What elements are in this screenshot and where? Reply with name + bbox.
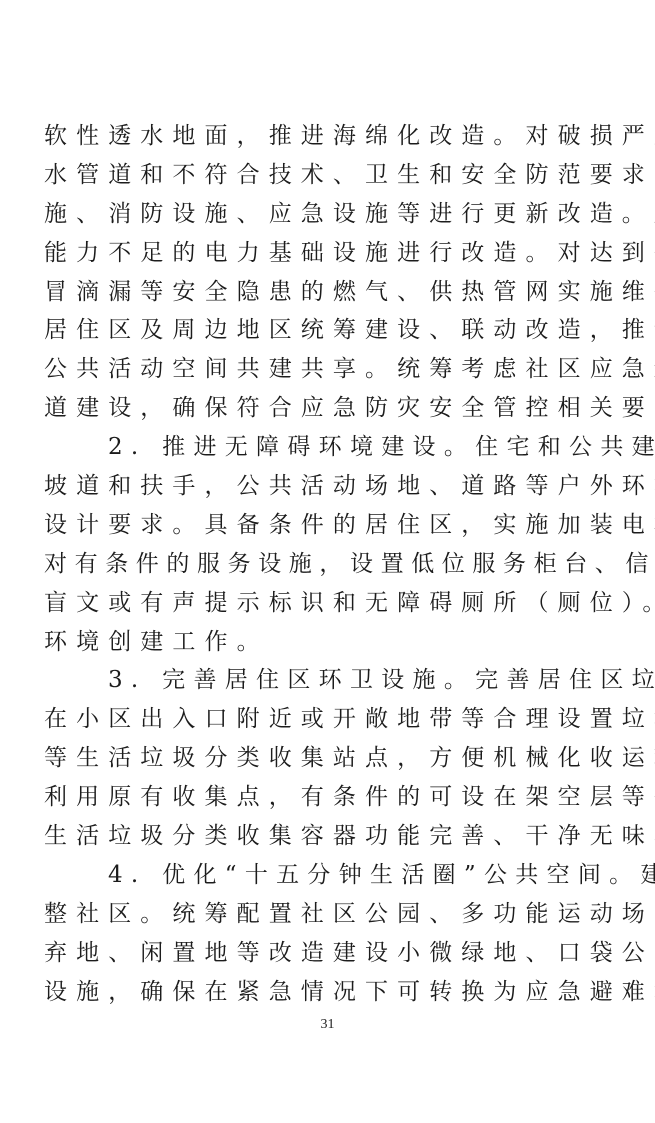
text-line: 公共活动空间共建共享。统筹考虑社区应急避难场所和疏散通 bbox=[44, 350, 614, 389]
section-heading-line: 2. 推进无障碍环境建设。住宅和公共建筑出入口设置轮椅 bbox=[44, 428, 614, 467]
text-line: 整社区。统筹配置社区公园、多功能运动场，结合边角地、废 bbox=[44, 895, 614, 934]
text-line: 对有条件的服务设施，设置低位服务柜台、信息屏幕显示系统、 bbox=[44, 545, 614, 584]
text-line: 冒滴漏等安全隐患的燃气、供热管网实施维修改造。推进相邻 bbox=[44, 273, 614, 312]
text-line: 能力不足的电力基础设施进行改造。对达到使用年限、存在跑 bbox=[44, 234, 614, 273]
document-page: 软性透水地面，推进海绵化改造。对破损严重、材质落后的供 水管道和不符合技术、卫生… bbox=[0, 0, 655, 1123]
text-line: 施、消防设施、应急设施等进行更新改造。对管线混杂、供电 bbox=[44, 195, 614, 234]
text-line: 等生活垃圾分类收集站点，方便机械化收运和作业。优先改造 bbox=[44, 739, 614, 778]
text-line: 设施，确保在紧急情况下可转换为应急避难场所。建设联贯各 bbox=[44, 973, 614, 1012]
section-heading-line: 4. 优化“十五分钟生活圈”公共空间。建设全龄友好的完 bbox=[44, 856, 614, 895]
text-line: 道建设，确保符合应急防灾安全管控相关要求。 bbox=[44, 389, 614, 428]
text-line: 软性透水地面，推进海绵化改造。对破损严重、材质落后的供 bbox=[44, 117, 614, 156]
text-line: 弃地、闲置地等改造建设小微绿地、口袋公园，完善公共游憩 bbox=[44, 934, 614, 973]
text-line: 盲文或有声提示标识和无障碍厕所（厕位）。持续开展无障碍 bbox=[44, 584, 614, 623]
text-line: 水管道和不符合技术、卫生和安全防范要求的加压调蓄供水设 bbox=[44, 156, 614, 195]
text-line: 居住区及周边地区统筹建设、联动改造，推动各类配套设施和 bbox=[44, 311, 614, 350]
text-line: 在小区出入口附近或开敞地带等合理设置垃圾箱房、垃圾桶站 bbox=[44, 700, 614, 739]
text-line: 环境创建工作。 bbox=[44, 623, 614, 662]
text-line: 生活垃圾分类收集容器功能完善、干净无味、标识清晰规范。 bbox=[44, 817, 614, 856]
body-text: 软性透水地面，推进海绵化改造。对破损严重、材质落后的供 水管道和不符合技术、卫生… bbox=[44, 117, 614, 1011]
text-line: 利用原有收集点，有条件的可设在架空层等公共空间内。确保 bbox=[44, 778, 614, 817]
text-line: 坡道和扶手，公共活动场地、道路等户外环境建设达到无障碍 bbox=[44, 467, 614, 506]
section-heading-line: 3. 完善居住区环卫设施。完善居住区垃圾分类配套设施。 bbox=[44, 661, 614, 700]
page-number: 31 bbox=[0, 1017, 655, 1033]
text-line: 设计要求。具备条件的居住区，实施加装电梯等适老化改造。 bbox=[44, 506, 614, 545]
